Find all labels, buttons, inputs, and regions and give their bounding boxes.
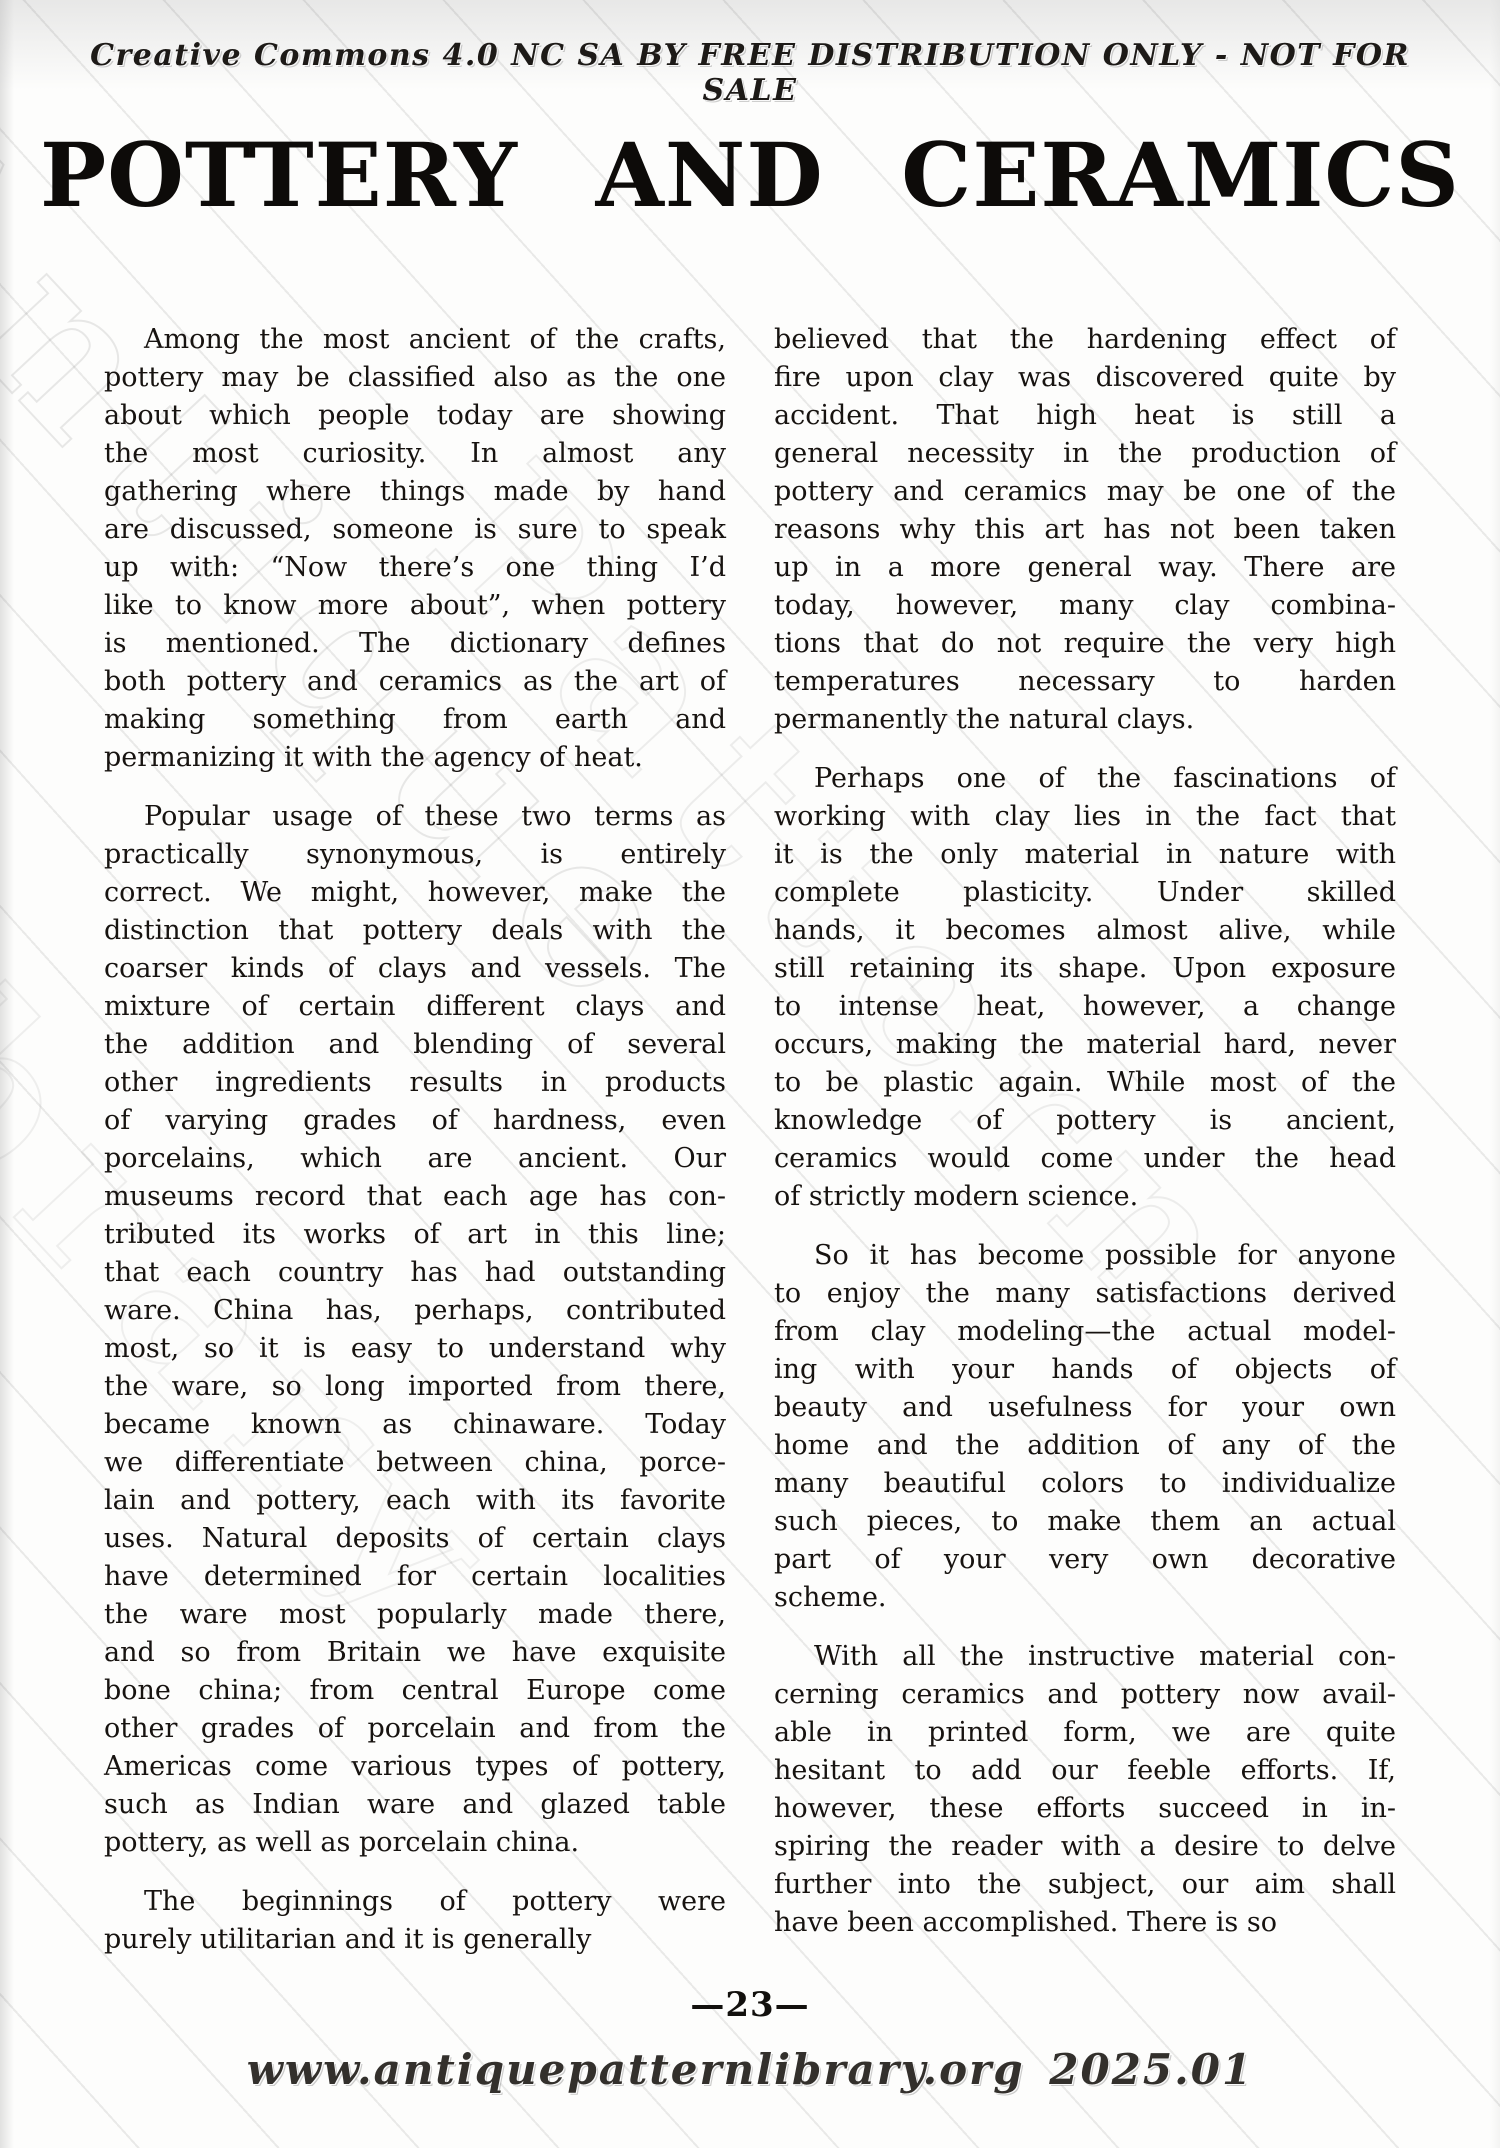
text-line: distinction that pottery deals with the bbox=[104, 912, 726, 950]
text-line: pottery may be classified also as the on… bbox=[104, 359, 726, 397]
text-line: Popular usage of these two terms as bbox=[104, 798, 726, 836]
text-line: Americas come various types of pottery, bbox=[104, 1748, 726, 1786]
text-line: cerning ceramics and pottery now avail- bbox=[774, 1676, 1396, 1714]
text-line: that each country has had outstanding bbox=[104, 1254, 726, 1292]
text-line: the addition and blending of several bbox=[104, 1026, 726, 1064]
text-line: making something from earth and bbox=[104, 701, 726, 739]
paragraph: Perhaps one of the fascinations ofworkin… bbox=[774, 760, 1396, 1216]
text-line: porcelains, which are ancient. Our bbox=[104, 1140, 726, 1178]
text-line: ceramics would come under the head bbox=[774, 1140, 1396, 1178]
text-line: the most curiosity. In almost any bbox=[104, 435, 726, 473]
text-line: bone china; from central Europe come bbox=[104, 1672, 726, 1710]
page-title: POTTERY AND CERAMICS bbox=[0, 126, 1500, 225]
text-line: So it has become possible for anyone bbox=[774, 1237, 1396, 1275]
text-line: purely utilitarian and it is generally bbox=[104, 1921, 726, 1959]
text-line: further into the subject, our aim shall bbox=[774, 1866, 1396, 1904]
text-line: fire upon clay was discovered quite by bbox=[774, 359, 1396, 397]
text-line: able in printed form, we are quite bbox=[774, 1714, 1396, 1752]
paragraph: The beginnings of pottery werepurely uti… bbox=[104, 1883, 726, 1959]
text-line: uses. Natural deposits of certain clays bbox=[104, 1520, 726, 1558]
text-line: permanizing it with the agency of heat. bbox=[104, 739, 726, 777]
text-line: is mentioned. The dictionary defines bbox=[104, 625, 726, 663]
text-line: gathering where things made by hand bbox=[104, 473, 726, 511]
text-line: became known as chinaware. Today bbox=[104, 1406, 726, 1444]
text-line: to be plastic again. While most of the bbox=[774, 1064, 1396, 1102]
footer-url: www.antiquepatternlibrary.org 2025.01 bbox=[0, 2045, 1500, 2094]
text-line: have determined for certain localities bbox=[104, 1558, 726, 1596]
text-line: spiring the reader with a desire to delv… bbox=[774, 1828, 1396, 1866]
text-line: the ware, so long imported from there, bbox=[104, 1368, 726, 1406]
text-line: many beautiful colors to individualize bbox=[774, 1465, 1396, 1503]
text-line: Among the most ancient of the crafts, bbox=[104, 321, 726, 359]
text-line: reasons why this art has not been taken bbox=[774, 511, 1396, 549]
text-line: ing with your hands of objects of bbox=[774, 1351, 1396, 1389]
text-line: tions that do not require the very high bbox=[774, 625, 1396, 663]
paragraph: With all the instructive material con-ce… bbox=[774, 1638, 1396, 1942]
text-line: up with: “Now there’s one thing I’d bbox=[104, 549, 726, 587]
text-line: mixture of certain different clays and bbox=[104, 988, 726, 1026]
text-line: are discussed, someone is sure to speak bbox=[104, 511, 726, 549]
text-line: of strictly modern science. bbox=[774, 1178, 1396, 1216]
text-line: like to know more about”, when pottery bbox=[104, 587, 726, 625]
text-line: With all the instructive material con- bbox=[774, 1638, 1396, 1676]
text-line: coarser kinds of clays and vessels. The bbox=[104, 950, 726, 988]
text-line: both pottery and ceramics as the art of bbox=[104, 663, 726, 701]
text-line: other ingredients results in products bbox=[104, 1064, 726, 1102]
text-line: part of your very own decorative bbox=[774, 1541, 1396, 1579]
text-line: occurs, making the material hard, never bbox=[774, 1026, 1396, 1064]
text-line: lain and pottery, each with its favorite bbox=[104, 1482, 726, 1520]
text-line: pottery and ceramics may be one of the bbox=[774, 473, 1396, 511]
text-line: other grades of porcelain and from the bbox=[104, 1710, 726, 1748]
paragraph: believed that the hardening effect offir… bbox=[774, 321, 1396, 739]
text-line: tributed its works of art in this line; bbox=[104, 1216, 726, 1254]
text-line: scheme. bbox=[774, 1579, 1396, 1617]
text-line: to enjoy the many satisfactions derived bbox=[774, 1275, 1396, 1313]
text-line: such as Indian ware and glazed table bbox=[104, 1786, 726, 1824]
text-line: hands, it becomes almost alive, while bbox=[774, 912, 1396, 950]
left-column: Among the most ancient of the crafts,pot… bbox=[104, 321, 726, 1959]
text-line: The beginnings of pottery were bbox=[104, 1883, 726, 1921]
text-columns: Among the most ancient of the crafts,pot… bbox=[0, 321, 1500, 1959]
text-line: temperatures necessary to harden bbox=[774, 663, 1396, 701]
license-header: Creative Commons 4.0 NC SA BY FREE DISTR… bbox=[60, 0, 1440, 108]
text-line: most, so it is easy to understand why bbox=[104, 1330, 726, 1368]
text-line: ware. China has, perhaps, contributed bbox=[104, 1292, 726, 1330]
text-line: beauty and usefulness for your own bbox=[774, 1389, 1396, 1427]
text-line: complete plasticity. Under skilled bbox=[774, 874, 1396, 912]
text-line: have been accomplished. There is so bbox=[774, 1904, 1396, 1942]
text-line: permanently the natural clays. bbox=[774, 701, 1396, 739]
text-line: the ware most popularly made there, bbox=[104, 1596, 726, 1634]
text-line: Perhaps one of the fascinations of bbox=[774, 760, 1396, 798]
text-line: about which people today are showing bbox=[104, 397, 726, 435]
text-line: knowledge of pottery is ancient, bbox=[774, 1102, 1396, 1140]
text-line: of varying grades of hardness, even bbox=[104, 1102, 726, 1140]
text-line: however, these efforts succeed in in- bbox=[774, 1790, 1396, 1828]
paragraph: Among the most ancient of the crafts,pot… bbox=[104, 321, 726, 777]
text-line: correct. We might, however, make the bbox=[104, 874, 726, 912]
right-column: believed that the hardening effect offir… bbox=[774, 321, 1396, 1959]
paragraph: So it has become possible for anyoneto e… bbox=[774, 1237, 1396, 1617]
paragraph: Popular usage of these two terms aspract… bbox=[104, 798, 726, 1862]
text-line: accident. That high heat is still a bbox=[774, 397, 1396, 435]
text-line: it is the only material in nature with bbox=[774, 836, 1396, 874]
text-line: practically synonymous, is entirely bbox=[104, 836, 726, 874]
text-line: believed that the hardening effect of bbox=[774, 321, 1396, 359]
text-line: general necessity in the production of bbox=[774, 435, 1396, 473]
text-line: we differentiate between china, porce- bbox=[104, 1444, 726, 1482]
scanned-page: Antique Pattern Library Creative Commons… bbox=[0, 0, 1500, 2148]
text-line: home and the addition of any of the bbox=[774, 1427, 1396, 1465]
text-line: from clay modeling—the actual model- bbox=[774, 1313, 1396, 1351]
page-number: —23— bbox=[0, 1985, 1500, 2025]
text-line: and so from Britain we have exquisite bbox=[104, 1634, 726, 1672]
text-line: pottery, as well as porcelain china. bbox=[104, 1824, 726, 1862]
text-line: today, however, many clay combina- bbox=[774, 587, 1396, 625]
text-line: museums record that each age has con- bbox=[104, 1178, 726, 1216]
text-line: hesitant to add our feeble efforts. If, bbox=[774, 1752, 1396, 1790]
text-line: working with clay lies in the fact that bbox=[774, 798, 1396, 836]
text-line: such pieces, to make them an actual bbox=[774, 1503, 1396, 1541]
text-line: still retaining its shape. Upon exposure bbox=[774, 950, 1396, 988]
text-line: up in a more general way. There are bbox=[774, 549, 1396, 587]
text-line: to intense heat, however, a change bbox=[774, 988, 1396, 1026]
